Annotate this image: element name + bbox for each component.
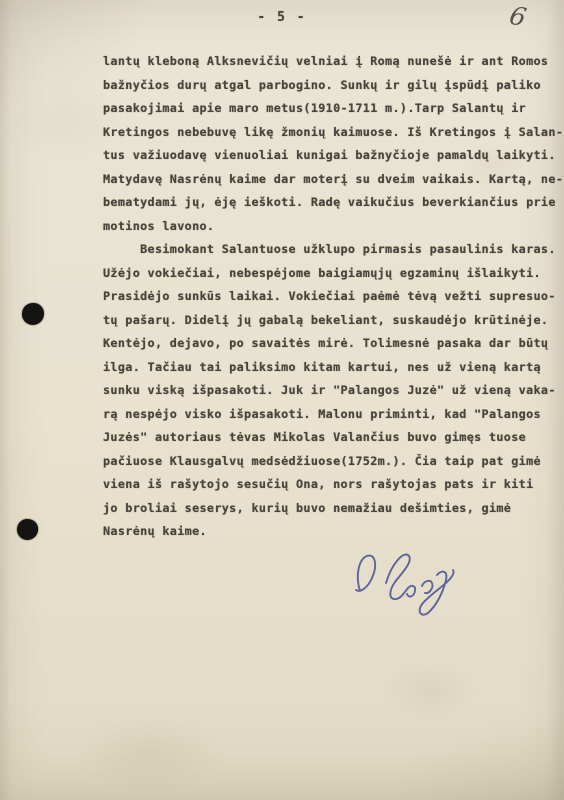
scanned-document-page: - 5 - 6 lantų kleboną Alksnevičių velnia… — [0, 0, 564, 800]
typewritten-text-block: lantų kleboną Alksnevičių velniai į Romą… — [103, 50, 555, 544]
signature-handwritten — [338, 543, 488, 621]
text-line: tų pašarų. Didelį jų gabalą bekeliant, s… — [103, 309, 555, 333]
text-line: Besimokant Salantuose užklupo pirmasis p… — [103, 238, 555, 262]
text-line: motinos lavono. — [103, 215, 555, 239]
text-line: Kentėjo, dejavo, po savaitės mirė. Tolim… — [103, 332, 555, 356]
text-line: pačiuose Klausgalvų medsėdžiuose(1752m.)… — [103, 450, 555, 474]
text-line: Juzės" autoriaus tėvas Mikolas Valančius… — [103, 426, 555, 450]
text-line: lantų kleboną Alksnevičių velniai į Romą… — [103, 50, 555, 74]
text-line: Kretingos nebebuvę likę žmonių kaimuose.… — [103, 121, 555, 145]
text-line: Matydavę Nasrėnų kaime dar moterį su dve… — [103, 168, 555, 192]
text-line: rą nespėjo visko išpasakoti. Malonu prim… — [103, 403, 555, 427]
text-line: bematydami jų, ėję ieškoti. Radę vaikuči… — [103, 191, 555, 215]
handwritten-page-number: 6 — [507, 1, 529, 32]
text-line: sunku viską išpasakoti. Juk ir "Palangos… — [103, 379, 555, 403]
text-line: viena iš rašytojo sesučių Ona, nors rašy… — [103, 473, 555, 497]
text-line: jo broliai seserys, kurių buvo nemažiau … — [103, 497, 555, 521]
text-line: tus važiuodavę vienuoliai kunigai bažnyč… — [103, 144, 555, 168]
text-line: pasakojimai apie maro metus(1910-1711 m.… — [103, 97, 555, 121]
text-line: ilga. Tačiau tai paliksimo kitam kartui,… — [103, 356, 555, 380]
text-line: bažnyčios durų atgal parbogino. Sunkų ir… — [103, 74, 555, 98]
ink-dot-top — [22, 303, 44, 325]
typed-page-number: - 5 - — [0, 10, 564, 25]
text-line: Prasidėjo sunkūs laikai. Vokiečiai paėmė… — [103, 285, 555, 309]
text-line: Užėjo vokiečiai, nebespėjome baigiamųjų … — [103, 262, 555, 286]
text-line: Nasrėnų kaime. — [103, 520, 555, 544]
ink-dot-bottom — [15, 517, 40, 542]
